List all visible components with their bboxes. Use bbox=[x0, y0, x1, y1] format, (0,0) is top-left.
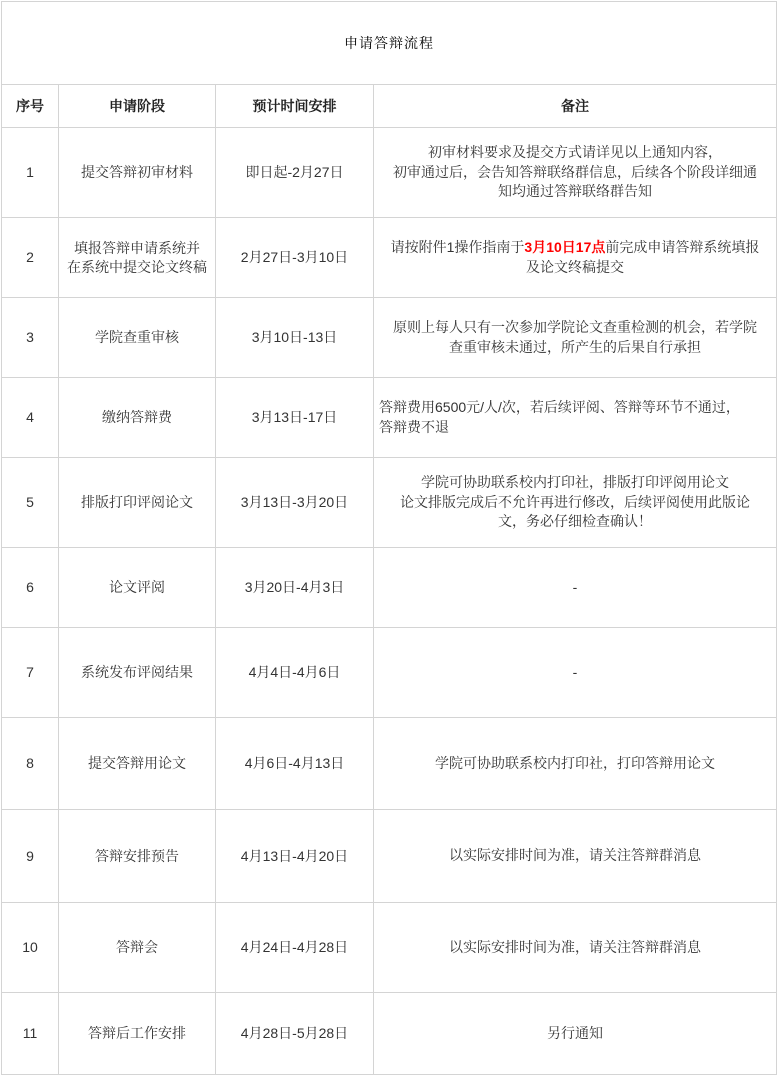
table-row: 7系统发布评阅结果4月4日-4月6日- bbox=[2, 628, 777, 718]
remark-segment: 初审材料要求及提交方式请详见以上通知内容， 初审通过后，会告知答辩联络群信息，后… bbox=[393, 144, 757, 199]
cell-time: 4月13日-4月20日 bbox=[216, 810, 374, 903]
remark-segment: 请按附件1操作指南于 bbox=[391, 239, 525, 255]
remark-segment: 答辩费用6500元/人/次，若后续评阅、答辩等环节不通过， 答辩费不退 bbox=[379, 399, 740, 435]
cell-stage: 答辩安排预告 bbox=[59, 810, 216, 903]
cell-remark: 学院可协助联系校内打印社，打印答辩用论文 bbox=[374, 718, 777, 810]
cell-no: 10 bbox=[2, 903, 59, 993]
remark-segment: 原则上每人只有一次参加学院论文查重检测的机会，若学院 查重审核未通过，所产生的后… bbox=[393, 319, 757, 355]
defense-process-table: 申请答辩流程 序号 申请阶段 预计时间安排 备注 1提交答辩初审材料即日起-2月… bbox=[1, 1, 777, 1075]
cell-stage: 学院查重审核 bbox=[59, 298, 216, 378]
cell-no: 5 bbox=[2, 458, 59, 548]
cell-remark: 以实际安排时间为准，请关注答辩群消息 bbox=[374, 903, 777, 993]
cell-no: 3 bbox=[2, 298, 59, 378]
cell-stage: 论文评阅 bbox=[59, 548, 216, 628]
cell-remark: 以实际安排时间为准，请关注答辩群消息 bbox=[374, 810, 777, 903]
cell-no: 11 bbox=[2, 993, 59, 1075]
cell-stage: 提交答辩初审材料 bbox=[59, 128, 216, 218]
cell-remark: - bbox=[374, 628, 777, 718]
remark-segment: - bbox=[573, 579, 578, 595]
remark-segment: - bbox=[573, 664, 578, 680]
cell-time: 3月20日-4月3日 bbox=[216, 548, 374, 628]
table-row: 2填报答辩申请系统并 在系统中提交论文终稿2月27日-3月10日请按附件1操作指… bbox=[2, 218, 777, 298]
cell-stage: 答辩后工作安排 bbox=[59, 993, 216, 1075]
table-row: 8提交答辩用论文4月6日-4月13日学院可协助联系校内打印社，打印答辩用论文 bbox=[2, 718, 777, 810]
cell-no: 2 bbox=[2, 218, 59, 298]
cell-stage: 答辩会 bbox=[59, 903, 216, 993]
cell-stage: 缴纳答辩费 bbox=[59, 378, 216, 458]
cell-time: 4月24日-4月28日 bbox=[216, 903, 374, 993]
cell-remark: 学院可协助联系校内打印社，排版打印评阅用论文 论文排版完成后不允许再进行修改，后… bbox=[374, 458, 777, 548]
cell-no: 9 bbox=[2, 810, 59, 903]
header-row: 序号 申请阶段 预计时间安排 备注 bbox=[2, 85, 777, 128]
col-header-stage: 申请阶段 bbox=[59, 85, 216, 128]
cell-stage: 提交答辩用论文 bbox=[59, 718, 216, 810]
cell-remark: 原则上每人只有一次参加学院论文查重检测的机会，若学院 查重审核未通过，所产生的后… bbox=[374, 298, 777, 378]
table-row: 5排版打印评阅论文3月13日-3月20日学院可协助联系校内打印社，排版打印评阅用… bbox=[2, 458, 777, 548]
cell-remark: - bbox=[374, 548, 777, 628]
table-row: 4缴纳答辩费3月13日-17日答辩费用6500元/人/次，若后续评阅、答辩等环节… bbox=[2, 378, 777, 458]
title-row: 申请答辩流程 bbox=[2, 2, 777, 85]
cell-no: 6 bbox=[2, 548, 59, 628]
cell-no: 1 bbox=[2, 128, 59, 218]
table-body: 1提交答辩初审材料即日起-2月27日初审材料要求及提交方式请详见以上通知内容， … bbox=[2, 128, 777, 1075]
remark-segment: 以实际安排时间为准，请关注答辩群消息 bbox=[449, 939, 701, 955]
col-header-remark: 备注 bbox=[374, 85, 777, 128]
table-row: 1提交答辩初审材料即日起-2月27日初审材料要求及提交方式请详见以上通知内容， … bbox=[2, 128, 777, 218]
table-row: 9答辩安排预告4月13日-4月20日以实际安排时间为准，请关注答辩群消息 bbox=[2, 810, 777, 903]
cell-no: 7 bbox=[2, 628, 59, 718]
col-header-time: 预计时间安排 bbox=[216, 85, 374, 128]
col-header-no: 序号 bbox=[2, 85, 59, 128]
cell-time: 3月10日-13日 bbox=[216, 298, 374, 378]
cell-time: 4月6日-4月13日 bbox=[216, 718, 374, 810]
remark-segment: 3月10日17点 bbox=[524, 239, 605, 255]
table-row: 11答辩后工作安排4月28日-5月28日另行通知 bbox=[2, 993, 777, 1075]
remark-segment: 另行通知 bbox=[547, 1025, 603, 1041]
cell-no: 4 bbox=[2, 378, 59, 458]
cell-remark: 另行通知 bbox=[374, 993, 777, 1075]
remark-segment: 以实际安排时间为准，请关注答辩群消息 bbox=[449, 847, 701, 863]
cell-time: 3月13日-17日 bbox=[216, 378, 374, 458]
cell-stage: 填报答辩申请系统并 在系统中提交论文终稿 bbox=[59, 218, 216, 298]
table-row: 3学院查重审核3月10日-13日原则上每人只有一次参加学院论文查重检测的机会，若… bbox=[2, 298, 777, 378]
cell-remark: 初审材料要求及提交方式请详见以上通知内容， 初审通过后，会告知答辩联络群信息，后… bbox=[374, 128, 777, 218]
cell-time: 4月28日-5月28日 bbox=[216, 993, 374, 1075]
table-row: 10答辩会4月24日-4月28日以实际安排时间为准，请关注答辩群消息 bbox=[2, 903, 777, 993]
remark-segment: 学院可协助联系校内打印社，打印答辩用论文 bbox=[435, 755, 715, 771]
cell-remark: 答辩费用6500元/人/次，若后续评阅、答辩等环节不通过， 答辩费不退 bbox=[374, 378, 777, 458]
cell-no: 8 bbox=[2, 718, 59, 810]
cell-remark: 请按附件1操作指南于3月10日17点前完成申请答辩系统填报 及论文终稿提交 bbox=[374, 218, 777, 298]
remark-segment: 学院可协助联系校内打印社，排版打印评阅用论文 论文排版完成后不允许再进行修改，后… bbox=[400, 474, 750, 529]
page-title: 申请答辩流程 bbox=[2, 2, 777, 85]
cell-stage: 系统发布评阅结果 bbox=[59, 628, 216, 718]
cell-time: 3月13日-3月20日 bbox=[216, 458, 374, 548]
cell-time: 4月4日-4月6日 bbox=[216, 628, 374, 718]
cell-time: 2月27日-3月10日 bbox=[216, 218, 374, 298]
table-row: 6论文评阅3月20日-4月3日- bbox=[2, 548, 777, 628]
cell-stage: 排版打印评阅论文 bbox=[59, 458, 216, 548]
cell-time: 即日起-2月27日 bbox=[216, 128, 374, 218]
